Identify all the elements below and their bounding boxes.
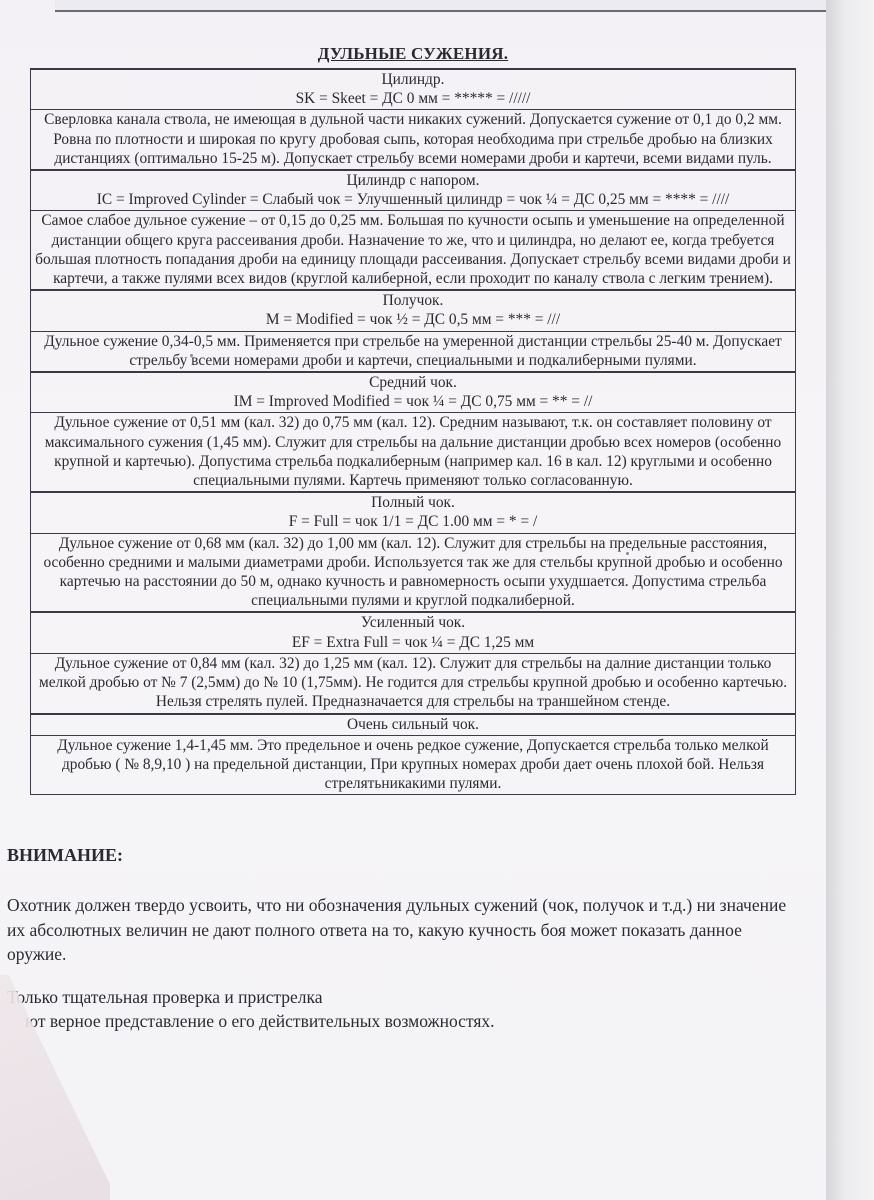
choke-name: Очень сильный чок. — [347, 716, 479, 733]
choke-header-row: Цилиндр с напором.IC = Improved Cylinder… — [31, 170, 796, 211]
choke-description-row: Дульное сужение от 0,84 мм (кал. 32) до … — [31, 653, 796, 713]
choke-header-cell: Средний чок.IM = Improved Modified = чок… — [31, 372, 796, 413]
choke-name: Получок. — [383, 292, 444, 309]
choke-header-row: Усиленный чок.EF = Extra Full = чок ¼ = … — [31, 612, 796, 653]
choke-description: Дульное сужение от 0,51 мм (кал. 32) до … — [31, 413, 796, 492]
choke-description-row: Дульное сужение от 0,68 мм (кал. 32) до … — [31, 533, 796, 612]
choke-code: EF = Extra Full = чок ¼ = ДС 1,25 мм — [292, 634, 534, 651]
choke-description-row: Дульное сужение 0,34-0,5 мм. Применяется… — [31, 331, 796, 372]
choke-description: Дульное сужение 0,34-0,5 мм. Применяется… — [31, 331, 796, 372]
choke-description: Дульное сужение от 0,68 мм (кал. 32) до … — [31, 533, 796, 612]
choke-code: IM = Improved Modified = чок ¼ = ДС 0,75… — [234, 393, 593, 410]
choke-name: Цилиндр с напором. — [346, 172, 479, 189]
choke-header-cell: Цилиндр с напором.IC = Improved Cylinder… — [31, 170, 796, 211]
choke-description-row: Сверловка канала ствола, не имеющая в ду… — [31, 110, 796, 170]
choke-description: Самое слабое дульное сужение – от 0,15 д… — [31, 211, 796, 290]
final-note: Только тщательная проверка и пристрелка … — [7, 985, 797, 1033]
choke-description: Дульное сужение 1,4-1,45 мм. Это предель… — [31, 735, 796, 795]
choke-header-cell: Полный чок.F = Full = чок 1/1 = ДС 1.00 … — [31, 492, 796, 533]
choke-code: M = Modified = чок ½ = ДС 0,5 мм = *** =… — [266, 311, 560, 328]
choke-table: Цилиндр.SK = Skeet = ДС 0 мм = ***** = /… — [30, 68, 796, 795]
choke-header-cell: Цилиндр.SK = Skeet = ДС 0 мм = ***** = /… — [31, 69, 796, 110]
choke-description-row: Дульное сужение от 0,51 мм (кал. 32) до … — [31, 413, 796, 492]
choke-code: IC = Improved Cylinder = Слабый чок = Ул… — [97, 191, 730, 208]
choke-name: Полный чок. — [371, 494, 455, 511]
choke-name: Средний чок. — [369, 374, 457, 391]
choke-name: Цилиндр. — [382, 71, 445, 88]
choke-code: SK = Skeet = ДС 0 мм = ***** = ///// — [296, 90, 531, 107]
document-title: ДУЛЬНЫЕ СУЖЕНИЯ. — [0, 44, 826, 64]
choke-description: Сверловка канала ствола, не имеющая в ду… — [31, 110, 796, 170]
choke-description: Дульное сужение от 0,84 мм (кал. 32) до … — [31, 653, 796, 713]
choke-header-row: Полный чок.F = Full = чок 1/1 = ДС 1.00 … — [31, 492, 796, 533]
speck — [190, 354, 193, 357]
choke-header-row: Цилиндр.SK = Skeet = ДС 0 мм = ***** = /… — [31, 69, 796, 110]
choke-code: F = Full = чок 1/1 = ДС 1.00 мм = * = / — [289, 513, 538, 530]
page-top-edge — [55, 0, 826, 12]
final-note-line-2: ют верное представление о его действител… — [7, 1009, 797, 1033]
choke-header-cell: Усиленный чок.EF = Extra Full = чок ¼ = … — [31, 612, 796, 653]
choke-name: Усиленный чок. — [361, 614, 465, 631]
choke-header-row: Получок.M = Modified = чок ½ = ДС 0,5 мм… — [31, 290, 796, 331]
choke-header-row: Средний чок.IM = Improved Modified = чок… — [31, 372, 796, 413]
choke-description-row: Дульное сужение 1,4-1,45 мм. Это предель… — [31, 735, 796, 795]
warning-text: Охотник должен твердо усвоить, что ни об… — [7, 893, 797, 967]
final-note-line-1: Только тщательная проверка и пристрелка — [7, 987, 323, 1007]
speck — [626, 552, 629, 555]
speck — [706, 758, 709, 761]
choke-header-cell: Получок.M = Modified = чок ½ = ДС 0,5 мм… — [31, 290, 796, 331]
warning-title: ВНИМАНИЕ: — [7, 845, 123, 866]
scanner-background — [826, 0, 874, 1200]
choke-header-row: Очень сильный чок. — [31, 714, 796, 736]
choke-description-row: Самое слабое дульное сужение – от 0,15 д… — [31, 211, 796, 290]
choke-header-cell: Очень сильный чок. — [31, 714, 796, 736]
